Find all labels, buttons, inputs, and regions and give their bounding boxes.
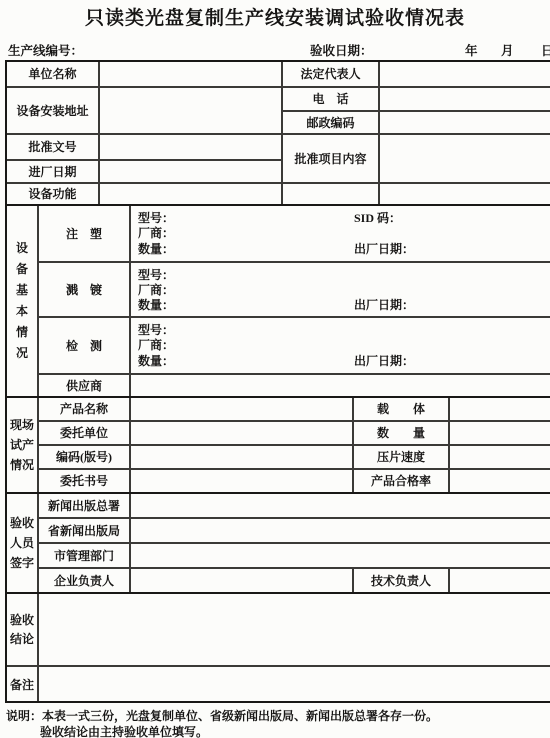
device-function-label: 设备功能	[6, 183, 99, 205]
carrier-label: 载 体	[353, 397, 449, 421]
commission-doc-no-label: 委托书号	[38, 469, 130, 493]
table-top-border	[6, 60, 550, 62]
tech-lead-signature-value	[449, 568, 550, 593]
molding-sid-label: SID 码：	[354, 211, 401, 225]
approval-content-label: 批准项目内容	[282, 134, 379, 183]
city-admin-label: 市管理部门	[38, 543, 130, 568]
postcode-value	[379, 111, 550, 134]
device-function-value	[99, 183, 282, 205]
code-version-label: 编码(版号)	[38, 445, 130, 469]
device-function-blank-1	[282, 183, 379, 205]
conclusion-value	[38, 593, 550, 666]
signature-section-side-label: 验收 人员 签字	[6, 493, 38, 593]
install-address-label: 设备安装地址	[6, 87, 99, 134]
pass-rate-label: 产品合格率	[353, 469, 449, 493]
molding-model-label: 型号：	[131, 211, 354, 225]
sputtering-label: 溅 镀	[38, 262, 130, 317]
table-bottom-border	[6, 701, 550, 703]
gapp-label: 新闻出版总署	[38, 493, 130, 518]
month-label: 月	[501, 41, 514, 59]
commission-unit-label: 委托单位	[38, 421, 130, 445]
unit-name-value	[99, 61, 282, 87]
form-title: 只读类光盘复制生产线安装调试验收情况表	[0, 3, 550, 30]
provincial-bureau-signature-value	[130, 518, 550, 543]
product-name-value	[130, 397, 353, 421]
phone-value	[379, 87, 550, 111]
testing-label: 检 测	[38, 317, 130, 374]
legal-rep-value	[379, 61, 550, 87]
molding-label: 注 塑	[38, 205, 130, 262]
quantity-value	[449, 421, 550, 445]
section-divider-conclusion	[6, 592, 550, 594]
testing-qty-label: 数量：	[131, 354, 354, 368]
year-label: 年	[465, 41, 478, 59]
testing-detail-cell: 型号： 厂商： 数量：出厂日期：	[130, 317, 550, 374]
sputtering-ship-date-label: 出厂日期：	[354, 298, 414, 312]
testing-ship-date-label: 出厂日期：	[354, 354, 414, 368]
trial-section-side-label: 现场 试产 情况	[6, 397, 38, 493]
supplier-label: 供应商	[38, 374, 130, 397]
carrier-value	[449, 397, 550, 421]
remark-label: 备注	[6, 666, 38, 703]
section-divider-signatures	[6, 492, 550, 494]
pressing-speed-label: 压片速度	[353, 445, 449, 469]
molding-qty-label: 数量：	[131, 242, 354, 256]
approval-no-label: 批准文号	[6, 134, 99, 160]
sputtering-detail-cell: 型号： 厂商： 数量：出厂日期：	[130, 262, 550, 317]
gapp-signature-value	[130, 493, 550, 518]
sputtering-vendor-label: 厂商：	[131, 283, 354, 297]
production-line-no-label: 生产线编号：	[8, 41, 83, 59]
approval-content-value	[379, 134, 550, 183]
footer-note-line2: 验收结论由主持验收单位填写。	[40, 723, 208, 738]
section-divider-trial	[6, 396, 550, 398]
footer-note-line1: 说明：本表一式三份，光盘复制单位、省级新闻出版局、新闻出版总署各存一份。	[6, 707, 438, 724]
remark-value	[38, 666, 550, 703]
molding-detail-cell: 型号：SID 码： 厂商： 数量：出厂日期：	[130, 205, 550, 262]
tech-lead-label: 技术负责人	[353, 568, 449, 593]
conclusion-label: 验收 结论	[6, 593, 38, 666]
device-function-blank-2	[379, 183, 550, 205]
quantity-label: 数 量	[353, 421, 449, 445]
commission-doc-no-value	[130, 469, 353, 493]
unit-name-label: 单位名称	[6, 61, 99, 87]
supplier-value	[130, 374, 550, 397]
testing-vendor-label: 厂商：	[131, 338, 354, 352]
testing-model-label: 型号：	[131, 323, 354, 337]
postcode-label: 邮政编码	[282, 111, 379, 134]
install-address-value	[99, 87, 282, 134]
sputtering-model-label: 型号：	[131, 268, 354, 282]
approval-no-value	[99, 134, 282, 160]
acceptance-date-label: 验收日期：	[310, 41, 373, 59]
pass-rate-value	[449, 469, 550, 493]
molding-vendor-label: 厂商：	[131, 226, 354, 240]
product-name-label: 产品名称	[38, 397, 130, 421]
molding-ship-date-label: 出厂日期：	[354, 242, 414, 256]
equipment-section-side-label: 设 备 基 本 情 况	[6, 205, 38, 397]
enterprise-lead-label: 企业负责人	[38, 568, 130, 593]
day-label: 日	[541, 41, 550, 59]
entry-date-value	[99, 160, 282, 183]
enterprise-lead-signature-value	[130, 568, 353, 593]
provincial-bureau-label: 省新闻出版局	[38, 518, 130, 543]
commission-unit-value	[130, 421, 353, 445]
sputtering-qty-label: 数量：	[131, 298, 354, 312]
acceptance-form-page: 只读类光盘复制生产线安装调试验收情况表 生产线编号： 验收日期： 年 月 日 单…	[0, 0, 550, 738]
section-divider-equipment	[6, 204, 550, 206]
table-left-border	[5, 60, 7, 703]
phone-label: 电 话	[282, 87, 379, 111]
entry-date-label: 进厂日期	[6, 160, 99, 183]
pressing-speed-value	[449, 445, 550, 469]
code-version-value	[130, 445, 353, 469]
city-admin-signature-value	[130, 543, 550, 568]
legal-rep-label: 法定代表人	[282, 61, 379, 87]
